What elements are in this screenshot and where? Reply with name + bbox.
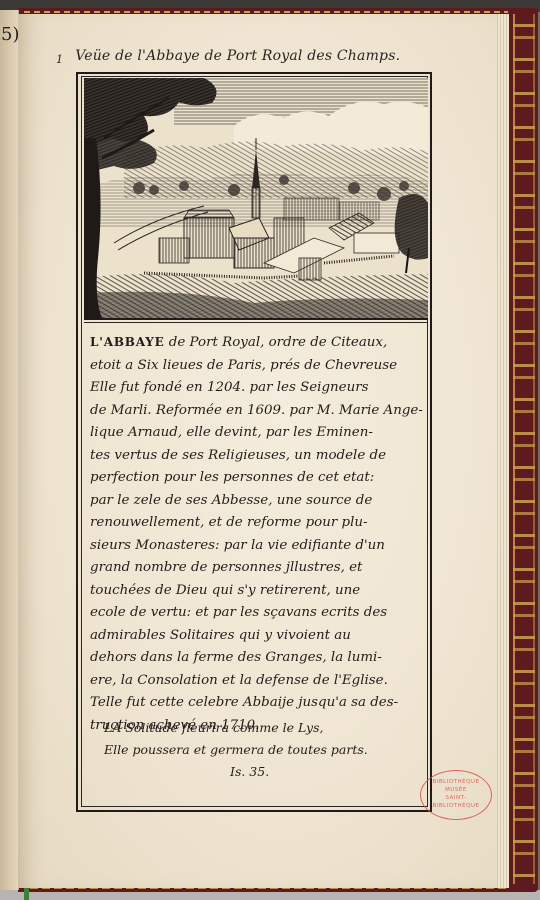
page-edges bbox=[497, 14, 509, 888]
verse-line-2: Elle poussera et germera de toutes parts… bbox=[104, 742, 424, 757]
text-line-10: sieurs Monasteres: par la vie edifiante … bbox=[90, 535, 424, 558]
engraving-abbey-view bbox=[84, 78, 428, 320]
text-line-17: Telle fut cette celebre Abbaije jusqu'a … bbox=[90, 692, 424, 715]
left-leaf-mark: 5) bbox=[1, 24, 19, 45]
verse-line-1: LA Solitude fleurira comme le Lys, bbox=[104, 720, 424, 735]
text-line-5: lique Arnaud, elle devint, par les Emine… bbox=[90, 422, 424, 445]
engraving-illustration bbox=[84, 78, 428, 318]
gilt-tooling-right bbox=[513, 14, 535, 884]
stamp-line-4: BIBLIOTHÈQUE bbox=[421, 802, 491, 810]
library-stamp: BIBLIOTHÈQUE MUSÉE SAINT- BIBLIOTHÈQUE bbox=[420, 770, 492, 820]
gilt-tooling-top bbox=[24, 11, 512, 13]
text-line-13: ecole de vertu: et par les sçavans ecrit… bbox=[90, 602, 424, 625]
caption-text: Veüe de l'Abbaye de Port Royal des Champ… bbox=[75, 48, 400, 64]
lead-word: L'ABBAYE bbox=[90, 335, 165, 349]
text-line-4: de Marli. Reformée en 1609. par M. Marie… bbox=[90, 400, 424, 423]
text-line-14: admirables Solitaires qui y vivoient au bbox=[90, 625, 424, 648]
stamp-line-3: SAINT- bbox=[421, 794, 491, 802]
text-line-1: L'ABBAYE de Port Royal, ordre de Citeaux… bbox=[90, 331, 424, 355]
plate-number: 1 bbox=[56, 53, 63, 66]
text-line-15: dehors dans la ferme des Granges, la lum… bbox=[90, 647, 424, 670]
binding-right-edge bbox=[508, 8, 538, 892]
text-line-16: ere, la Consolation et la defense de l'E… bbox=[90, 670, 424, 693]
text-line-11: grand nombre de personnes jllustres, et bbox=[90, 557, 424, 580]
bookmark-ribbon bbox=[24, 888, 29, 900]
plate-caption: 1Veüe de l'Abbaye de Port Royal des Cham… bbox=[56, 48, 400, 64]
text-line-2: etoit a Six lieues de Paris, prés de Che… bbox=[90, 355, 424, 378]
text-line-8: par le zele de ses Abbesse, une source d… bbox=[90, 490, 424, 513]
left-page-leaf: 5) bbox=[0, 10, 19, 890]
text-line-9: renouwellement, et de reforme pour plu- bbox=[90, 512, 424, 535]
stamp-line-2: MUSÉE bbox=[421, 786, 491, 794]
text-line-7: perfection pour les personnes de cet eta… bbox=[90, 467, 424, 490]
text-line-3: Elle fut fondé en 1204. par les Seigneur… bbox=[90, 377, 424, 400]
text-line-6: tes vertus de ses Religieuses, un modele… bbox=[90, 445, 424, 468]
stamp-line-1: BIBLIOTHÈQUE bbox=[421, 778, 491, 786]
text-line-12: touchées de Dieu qui s'y retirerent, une bbox=[90, 580, 424, 603]
abbey-description: L'ABBAYE de Port Royal, ordre de Citeaux… bbox=[90, 331, 424, 737]
scripture-reference: Is. 35. bbox=[230, 764, 269, 779]
